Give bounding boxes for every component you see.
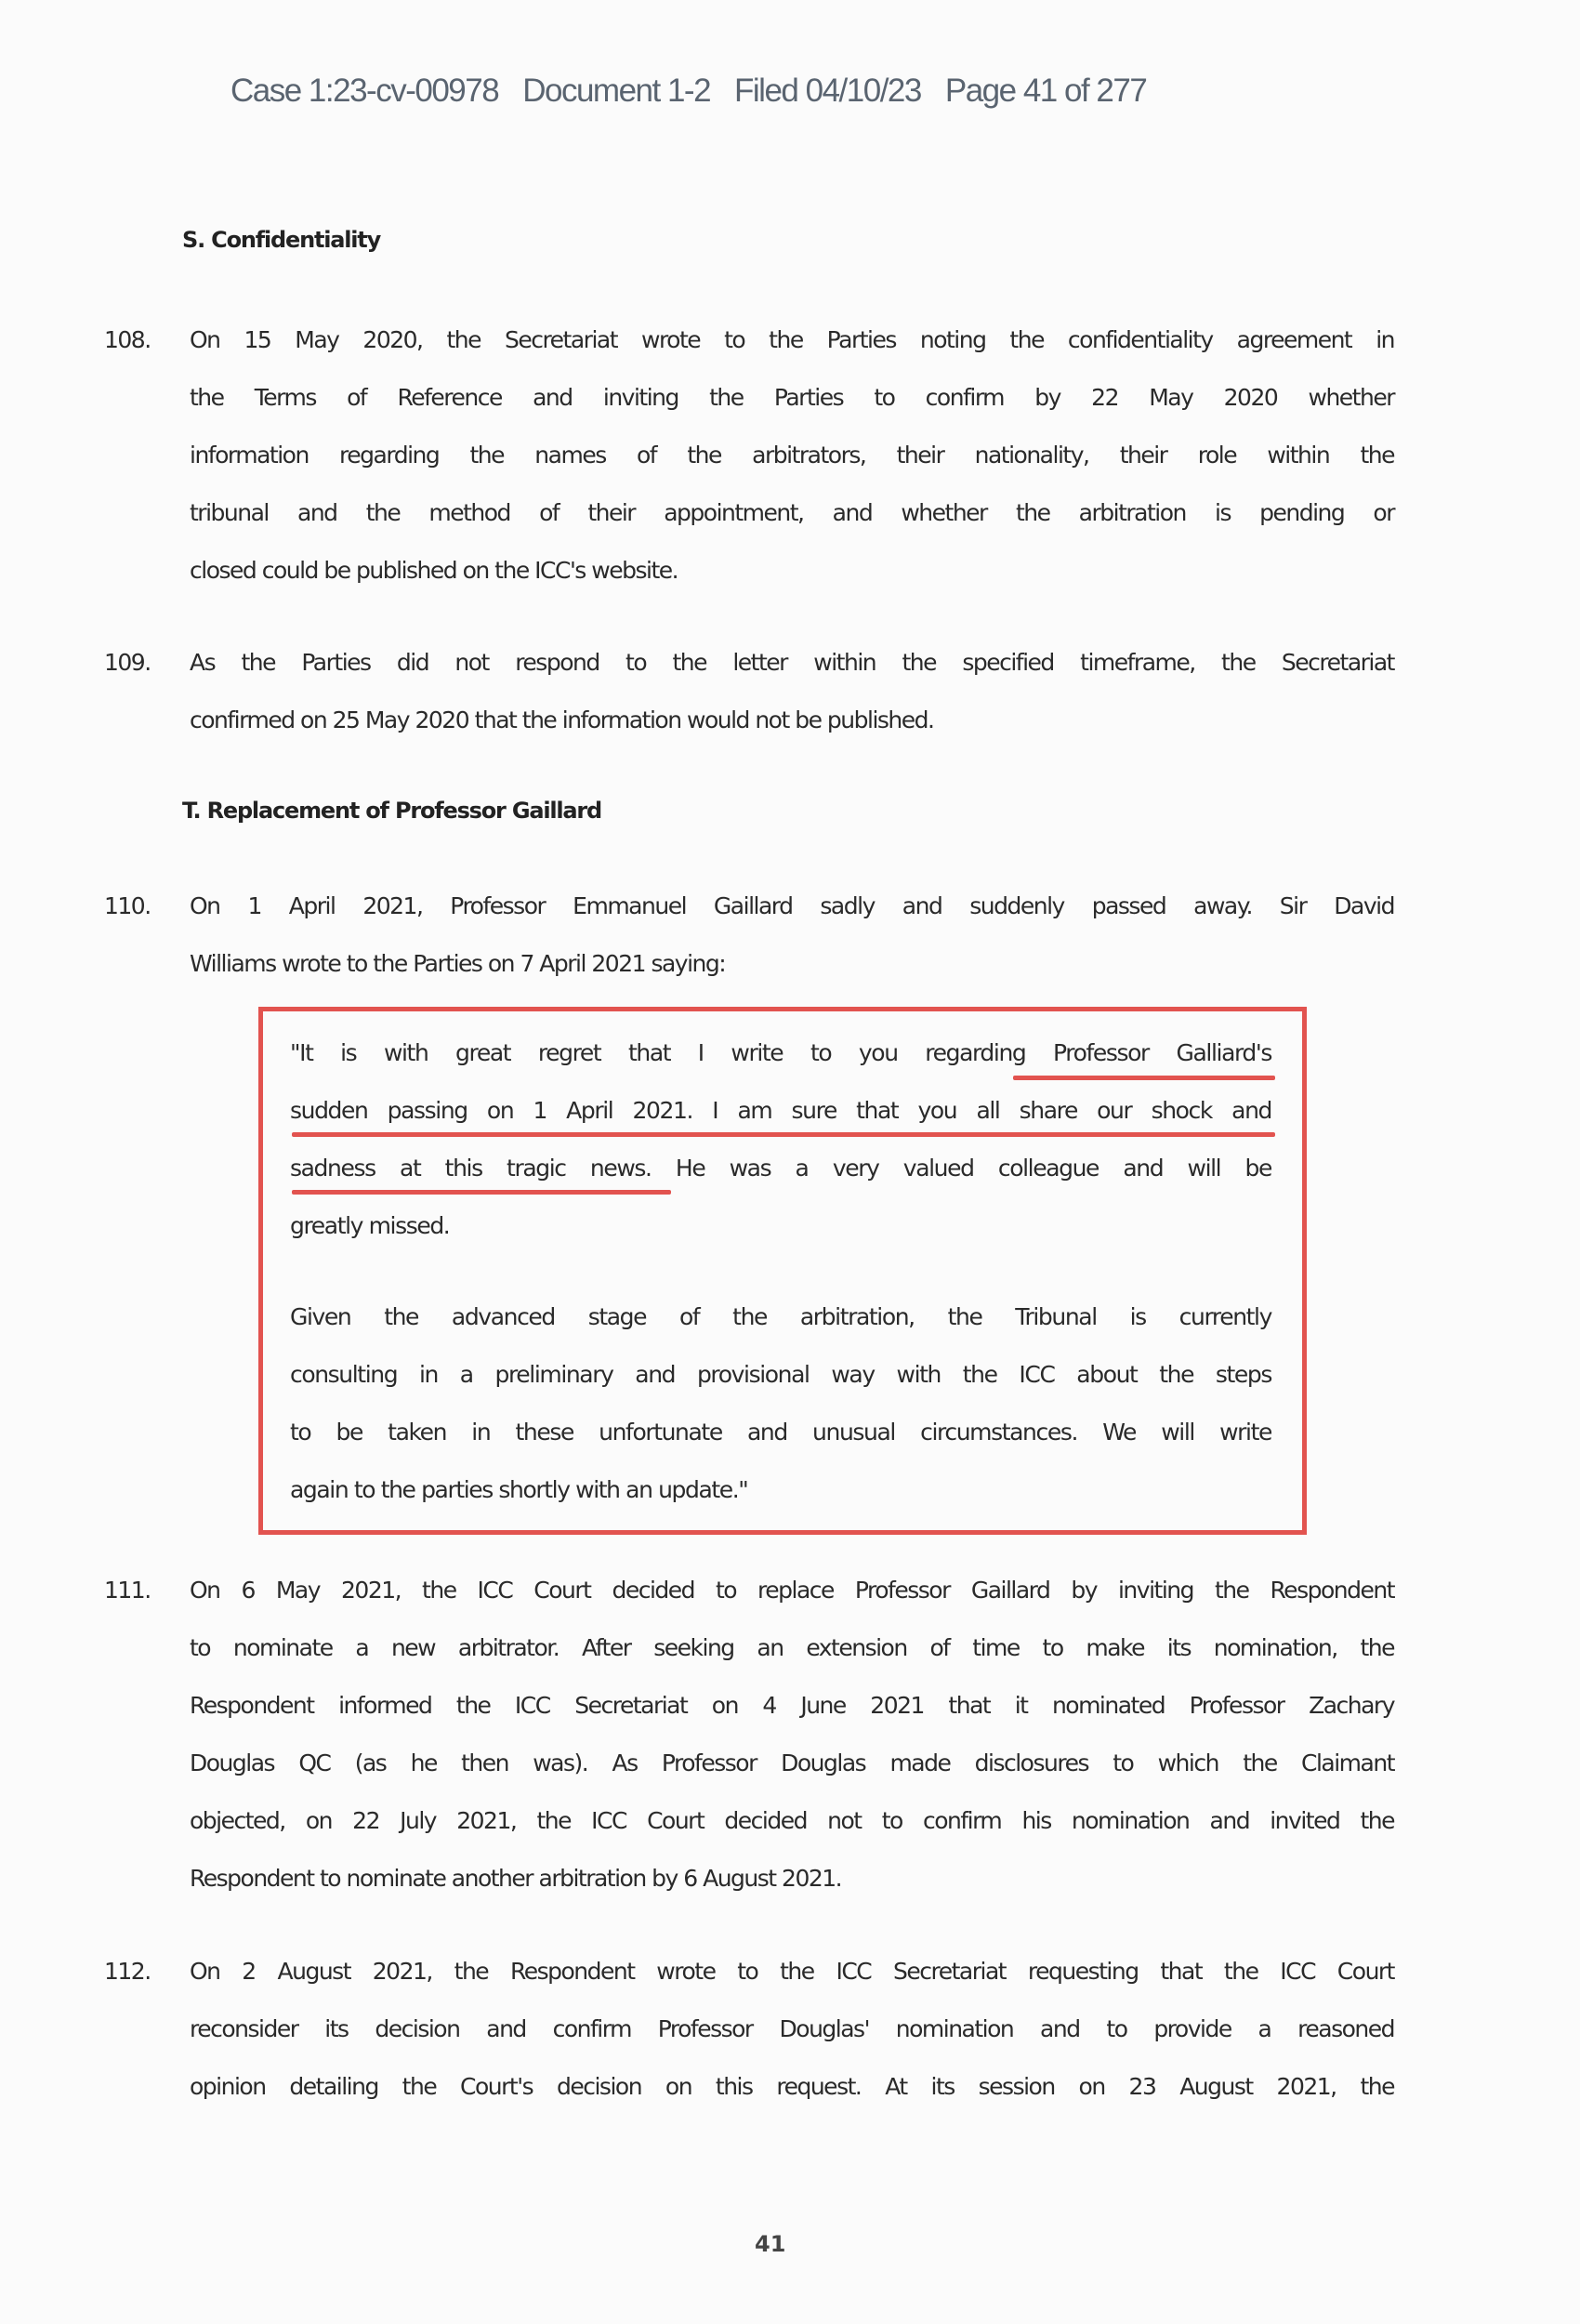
paragraph-111: 111. On 6 May 2021, the ICC Court decide… xyxy=(104,1562,1394,1908)
paragraph-108: 108. On 15 May 2020, the Secretariat wro… xyxy=(104,311,1394,600)
quote-line: "It is with great regret that I write to… xyxy=(290,1024,1271,1082)
quote-line: consulting in a preliminary and provisio… xyxy=(290,1346,1271,1404)
quote-line: Given the advanced stage of the arbitrat… xyxy=(290,1288,1271,1346)
document-page: Case 1:23-cv-00978Document 1-2Filed 04/1… xyxy=(0,0,1580,2324)
text-line: As the Parties did not respond to the le… xyxy=(190,634,1394,692)
document-number: Document 1-2 xyxy=(522,73,710,109)
red-underline xyxy=(292,1190,671,1195)
court-filing-header: Case 1:23-cv-00978Document 1-2Filed 04/1… xyxy=(230,73,1170,110)
text-line: On 15 May 2020, the Secretariat wrote to… xyxy=(190,311,1394,369)
quote-line: again to the parties shortly with an upd… xyxy=(290,1461,1271,1519)
case-number: Case 1:23-cv-00978 xyxy=(230,73,498,109)
paragraph-number: 111. xyxy=(104,1562,188,1619)
text-line: objected, on 22 July 2021, the ICC Court… xyxy=(190,1792,1394,1850)
red-underline xyxy=(292,1132,1275,1137)
text-line: Williams wrote to the Parties on 7 April… xyxy=(190,935,1394,993)
red-underline xyxy=(1013,1076,1275,1080)
paragraph-number: 108. xyxy=(104,311,188,369)
text-line: the Terms of Reference and inviting the … xyxy=(190,369,1394,427)
quote-line: greatly missed. xyxy=(290,1197,1271,1255)
quote-paragraph-1: "It is with great regret that I write to… xyxy=(290,1024,1271,1255)
text-line: reconsider its decision and confirm Prof… xyxy=(190,2000,1394,2058)
text-line: Respondent informed the ICC Secretariat … xyxy=(190,1677,1394,1735)
quote-line: sudden passing on 1 April 2021. I am sur… xyxy=(290,1082,1271,1140)
paragraph-110: 110. On 1 April 2021, Professor Emmanuel… xyxy=(104,878,1394,993)
text-line: closed could be published on the ICC's w… xyxy=(190,542,1394,600)
paragraph-112: 112. On 2 August 2021, the Respondent wr… xyxy=(104,1943,1394,2116)
text-line: confirmed on 25 May 2020 that the inform… xyxy=(190,692,1394,749)
page-number: 41 xyxy=(755,2231,785,2257)
section-heading-replacement: T. Replacement of Professor Gaillard xyxy=(182,798,601,824)
text-line: Douglas QC (as he then was). As Professo… xyxy=(190,1735,1394,1792)
quote-line: sadness at this tragic news. He was a ve… xyxy=(290,1140,1271,1197)
paragraph-109: 109. As the Parties did not respond to t… xyxy=(104,634,1394,749)
text-line: On 2 August 2021, the Respondent wrote t… xyxy=(190,1943,1394,2000)
text-line: tribunal and the method of their appoint… xyxy=(190,484,1394,542)
text-line: On 1 April 2021, Professor Emmanuel Gail… xyxy=(190,878,1394,935)
filed-date: Filed 04/10/23 xyxy=(734,73,921,109)
page-count: Page 41 of 277 xyxy=(945,73,1146,109)
text-line: opinion detailing the Court's decision o… xyxy=(190,2058,1394,2116)
text-line: On 6 May 2021, the ICC Court decided to … xyxy=(190,1562,1394,1619)
quote-line: to be taken in these unfortunate and unu… xyxy=(290,1404,1271,1461)
paragraph-number: 109. xyxy=(104,634,188,692)
text-line: Respondent to nominate another arbitrati… xyxy=(190,1850,1394,1908)
text-line: to nominate a new arbitrator. After seek… xyxy=(190,1619,1394,1677)
text-line: information regarding the names of the a… xyxy=(190,427,1394,484)
quote-paragraph-2: Given the advanced stage of the arbitrat… xyxy=(290,1288,1271,1519)
section-heading-confidentiality: S. Confidentiality xyxy=(182,227,380,253)
paragraph-number: 110. xyxy=(104,878,188,935)
paragraph-number: 112. xyxy=(104,1943,188,2000)
